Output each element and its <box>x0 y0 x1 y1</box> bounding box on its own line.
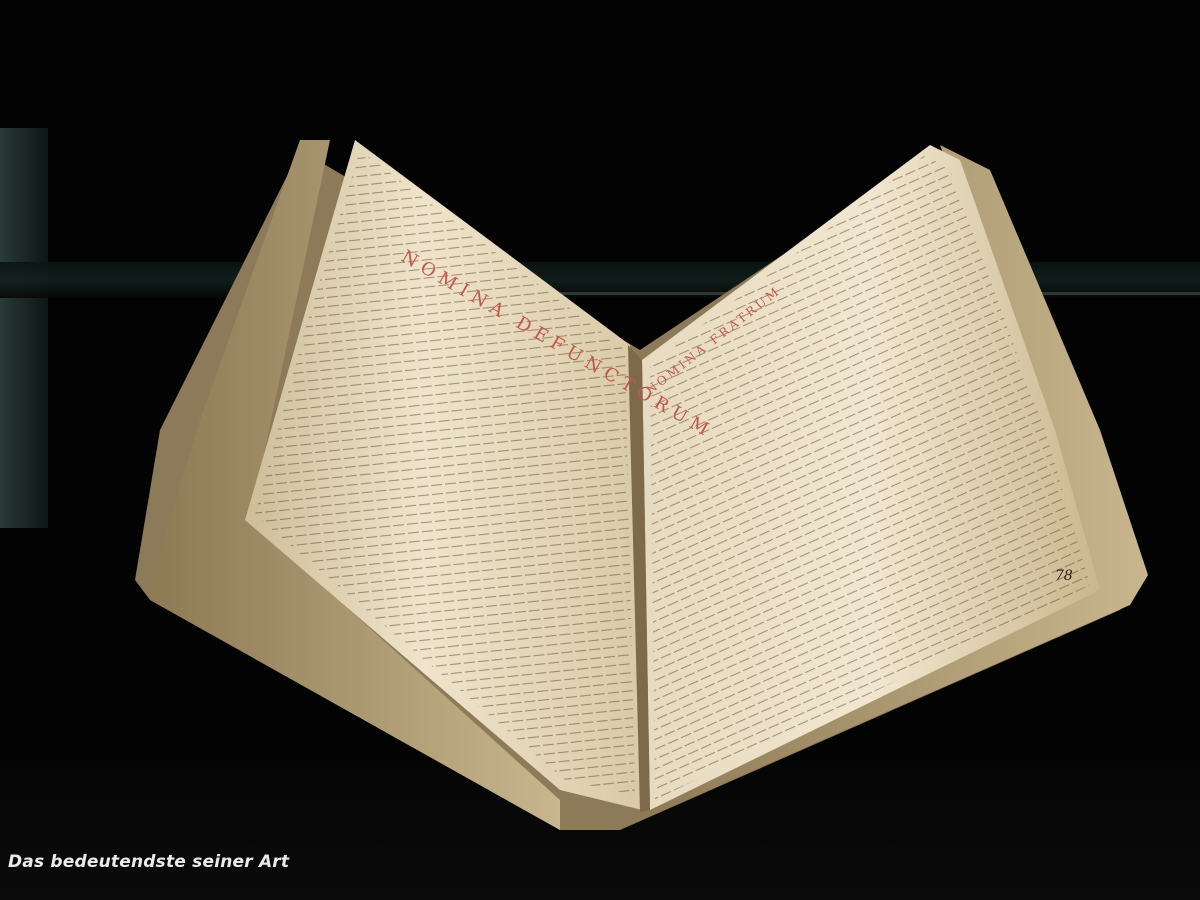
photo-scene: NOMINA DEFUNCTORUM NOMINA FRATRUM 78 Das… <box>0 0 1200 900</box>
manuscript-book: NOMINA DEFUNCTORUM NOMINA FRATRUM 78 <box>0 0 1200 900</box>
photo-caption: Das bedeutendste seiner Art <box>8 852 289 872</box>
page-number: 78 <box>1055 568 1073 584</box>
